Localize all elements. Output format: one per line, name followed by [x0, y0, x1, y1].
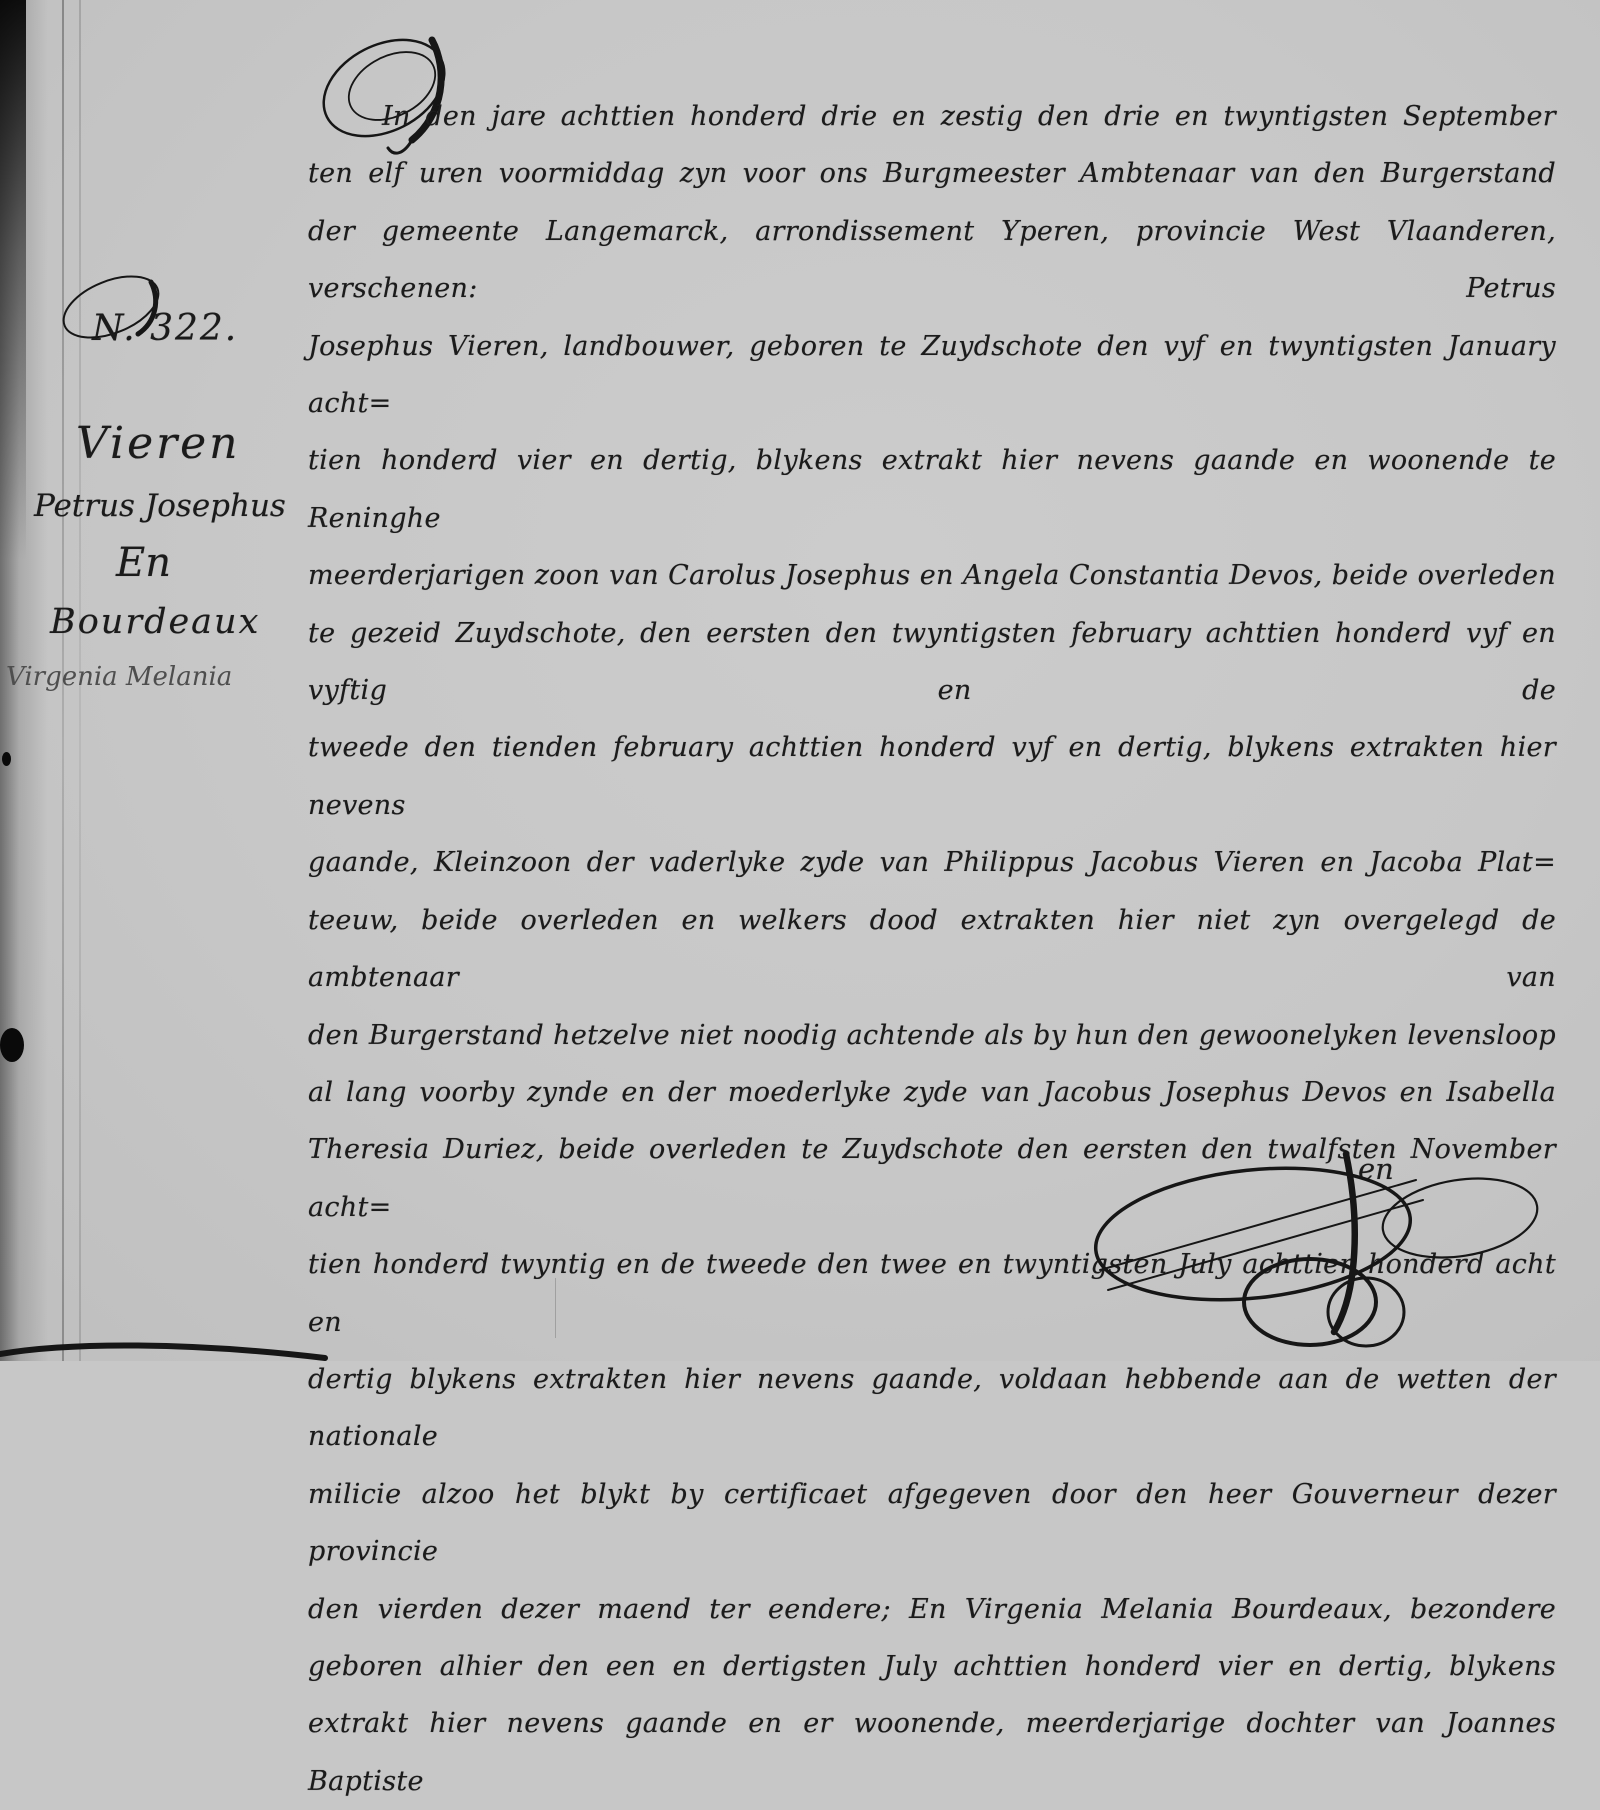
act-number: N. 322.	[92, 308, 238, 349]
body-line: te gezeid Zuydschote, den eersten den tw…	[308, 605, 1556, 720]
signature-flourish-icon	[1078, 1142, 1568, 1357]
page-edge-curve	[0, 1334, 330, 1361]
body-line: In den jare achttien honderd drie en zes…	[308, 88, 1556, 145]
body-line: meerderjarigen zoon van Carolus Josephus…	[308, 547, 1556, 604]
body-line: al lang voorby zynde en der moederlyke z…	[308, 1064, 1556, 1121]
binding-dark-edge	[0, 0, 26, 560]
ink-blot-artifact	[2, 752, 11, 766]
margin-surname-groom: Vieren	[76, 418, 241, 469]
margin-firstnames-bride: Virgenia Melania	[6, 662, 232, 692]
scanned-register-page: N. 322. Vieren Petrus Josephus En Bourde…	[0, 0, 1600, 1361]
body-line: gaande, Kleinzoon der vaderlyke zyde van…	[308, 834, 1556, 891]
body-line: der gemeente Langemarck, arrondissement …	[308, 203, 1556, 318]
body-line: Josephus Vieren, landbouwer, geboren te …	[308, 318, 1556, 433]
body-line: tien honderd vier en dertig, blykens ext…	[308, 432, 1556, 547]
ink-blot-artifact	[0, 1028, 24, 1062]
margin-and-word: En	[116, 540, 171, 586]
margin-surname-bride: Bourdeaux	[50, 602, 260, 642]
margin-firstnames-groom: Petrus Josephus	[34, 488, 286, 524]
body-line: ten elf uren voormiddag zyn voor ons Bur…	[308, 145, 1556, 202]
body-line: tweede den tienden february achttien hon…	[308, 719, 1556, 834]
body-line: den Burgerstand hetzelve niet noodig ach…	[308, 1007, 1556, 1064]
body-line: teeuw, beide overleden en welkers dood e…	[308, 892, 1556, 1007]
